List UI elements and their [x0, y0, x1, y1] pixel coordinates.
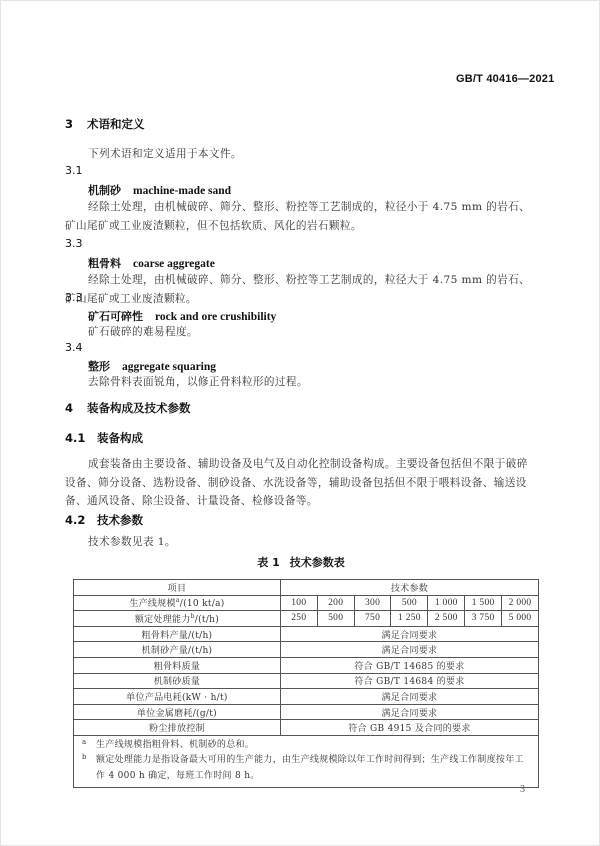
table-cell: 满足合同要求: [280, 642, 538, 658]
table-row: 额定处理能力b/(t/h) 250 500 750 1 250 2 500 3 …: [74, 611, 539, 627]
table-cell: 750: [354, 611, 391, 627]
table-notes: a生产线规模指粗骨料、机制砂的总和。 b额定处理能力是指设备最大可用的生产能力，…: [74, 735, 539, 788]
header-item: 项目: [74, 580, 281, 596]
table-row: 粉尘排放控制 符合 GB 4915 及合同的要求: [74, 720, 539, 736]
subsection-4-1-text: 成套装备由主要设备、辅助设备及电气及自动化控制设备构成。主要设备包括但不限于破碎…: [65, 455, 535, 511]
table-row: 机制砂产量/(t/h) 满足合同要求: [74, 642, 539, 658]
term-en: machine-made sand: [133, 185, 231, 197]
term-definition: 去除骨料表面锐角，以修正骨料粒形的过程。: [65, 373, 535, 392]
table-cell: 满足合同要求: [280, 626, 538, 642]
term-zh: 粗骨料: [88, 257, 121, 270]
term-heading: 粗骨料coarse aggregate: [88, 255, 215, 271]
clause-number: 3.1: [65, 164, 83, 177]
subsection-number: 4.1: [65, 431, 97, 445]
note-text: 生产线规模指粗骨料、机制砂的总和。: [96, 740, 254, 750]
subsection-title: 技术参数: [97, 513, 143, 527]
table-cell: 5 000: [502, 611, 539, 627]
term-definition: 矿石破碎的难易程度。: [65, 323, 535, 342]
clause-number: 3.3: [65, 237, 83, 250]
term-zh: 整形: [88, 360, 110, 373]
note-text: 额定处理能力是指设备最大可用的生产能力，由生产线规模除以年工作时间得到；生产线工…: [96, 755, 524, 781]
term-en: coarse aggregate: [133, 258, 215, 270]
table-cell: 2 000: [502, 595, 539, 611]
table-row: 机制砂质量 符合 GB/T 14684 的要求: [74, 673, 539, 689]
row-label: 粗骨料质量: [74, 657, 281, 673]
table-row: 生产线规模a/(10 kt/a) 100 200 300 500 1 000 1…: [74, 595, 539, 611]
table-cell: 300: [354, 595, 391, 611]
row-label: 粉尘排放控制: [74, 720, 281, 736]
row-label: 粗骨料产量/(t/h): [74, 626, 281, 642]
footnote-mark: a: [82, 735, 86, 751]
term-definition: 经除土处理，由机械破碎、筛分、整形、粉控等工艺制成的，粒径大于 4.75 mm …: [65, 271, 535, 308]
subsection-number: 4.2: [65, 513, 97, 527]
section-3-intro: 下列术语和定义适用于本文件。: [65, 145, 535, 164]
table-cell: 满足合同要求: [280, 689, 538, 705]
table-note: b额定处理能力是指设备最大可用的生产能力，由生产线规模除以年工作时间得到；生产线…: [96, 753, 530, 784]
table-caption-label: 表 1: [257, 556, 279, 569]
table-note: a生产线规模指粗骨料、机制砂的总和。: [96, 738, 530, 754]
table-notes-row: a生产线规模指粗骨料、机制砂的总和。 b额定处理能力是指设备最大可用的生产能力，…: [74, 735, 539, 788]
term-definition: 经除土处理，由机械破碎、筛分、整形、粉控等工艺制成的，粒径小于 4.75 mm …: [65, 198, 535, 235]
table-caption-title: 技术参数表: [290, 556, 345, 569]
subsection-4-2-text: 技术参数见表 1。: [65, 533, 535, 552]
table-header-row: 项目 技术参数: [74, 580, 539, 596]
section-title: 装备构成及技术参数: [87, 401, 191, 415]
footnote-mark: b: [82, 750, 87, 766]
table-row: 粗骨料质量 符合 GB/T 14685 的要求: [74, 657, 539, 673]
section-number: 4: [65, 401, 87, 415]
section-number: 3: [65, 117, 87, 131]
row-label: 额定处理能力b/(t/h): [74, 611, 281, 627]
table-cell: 200: [317, 595, 354, 611]
table-cell: 100: [280, 595, 317, 611]
clause-number: 3.3: [65, 291, 83, 304]
table-cell: 500: [391, 595, 428, 611]
document-page: GB/T 40416—2021 3术语和定义 下列术语和定义适用于本文件。 3.…: [0, 0, 600, 846]
header-params: 技术参数: [280, 580, 538, 596]
term-zh: 机制砂: [88, 184, 121, 197]
term-heading: 机制砂machine-made sand: [88, 182, 231, 198]
table-cell: 3 750: [465, 611, 502, 627]
term-zh: 矿石可碎性: [88, 310, 143, 323]
table-cell: 1 250: [391, 611, 428, 627]
section-title: 术语和定义: [87, 117, 145, 131]
page-number: 3: [520, 784, 525, 795]
row-label: 生产线规模a/(10 kt/a): [74, 595, 281, 611]
table-cell: 2 500: [428, 611, 465, 627]
table-cell: 符合 GB/T 14685 的要求: [280, 657, 538, 673]
table-cell: 1 000: [428, 595, 465, 611]
term-heading: 整形aggregate squaring: [88, 358, 216, 374]
table-cell: 符合 GB/T 14684 的要求: [280, 673, 538, 689]
table-row: 单位金属磨耗/(g/t) 满足合同要求: [74, 704, 539, 720]
row-label: 单位金属磨耗/(g/t): [74, 704, 281, 720]
row-label: 机制砂质量: [74, 673, 281, 689]
table-cell: 250: [280, 611, 317, 627]
section-3-heading: 3术语和定义: [65, 116, 145, 132]
table-row: 单位产品电耗(kW · h/t) 满足合同要求: [74, 689, 539, 705]
table-cell: 符合 GB 4915 及合同的要求: [280, 720, 538, 736]
term-en: rock and ore crushibility: [155, 311, 276, 323]
table-cell: 满足合同要求: [280, 704, 538, 720]
row-label: 机制砂产量/(t/h): [74, 642, 281, 658]
table-cell: 1 500: [465, 595, 502, 611]
standard-code: GB/T 40416—2021: [456, 73, 554, 85]
technical-parameters-table: 项目 技术参数 生产线规模a/(10 kt/a) 100 200 300 500…: [73, 579, 539, 788]
section-4-heading: 4装备构成及技术参数: [65, 400, 191, 416]
subsection-title: 装备构成: [97, 431, 143, 445]
subsection-4-1-heading: 4.1装备构成: [65, 430, 143, 446]
table-row: 粗骨料产量/(t/h) 满足合同要求: [74, 626, 539, 642]
clause-number: 3.4: [65, 341, 83, 354]
term-en: aggregate squaring: [122, 361, 216, 373]
table-caption: 表 1技术参数表: [1, 554, 600, 570]
table-cell: 500: [317, 611, 354, 627]
term-heading: 矿石可碎性rock and ore crushibility: [88, 308, 276, 324]
row-label: 单位产品电耗(kW · h/t): [74, 689, 281, 705]
subsection-4-2-heading: 4.2技术参数: [65, 512, 143, 528]
